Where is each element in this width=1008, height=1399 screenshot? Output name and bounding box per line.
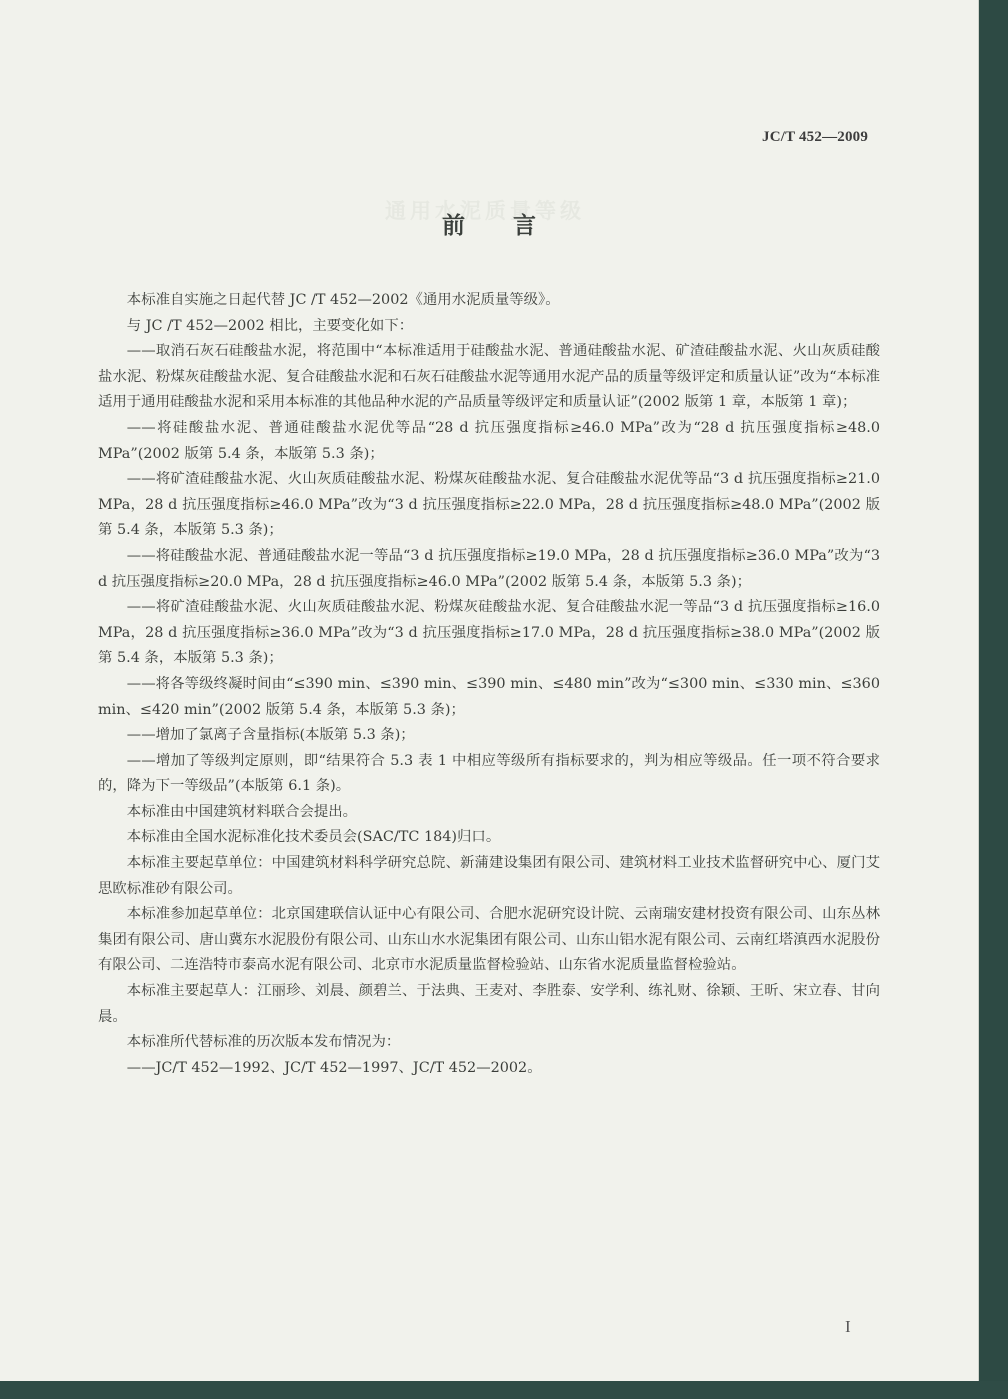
paragraph-participating-units: 本标准参加起草单位：北京国建联信认证中心有限公司、合肥水泥研究设计院、云南瑞安建… (98, 902, 880, 979)
paragraph-changes-intro: 与 JC /T 452—2002 相比，主要变化如下： (98, 314, 880, 340)
page-number: I (845, 1317, 851, 1337)
change-item: ——增加了等级判定原则，即“结果符合 5.3 表 1 中相应等级所有指标要求的，… (98, 749, 880, 800)
paragraph-committee: 本标准由全国水泥标准化技术委员会(SAC/TC 184)归口。 (98, 825, 880, 851)
change-item: ——增加了氯离子含量指标(本版第 5.3 条)； (98, 723, 880, 749)
scan-background-right (979, 0, 1008, 1399)
paragraph-main-drafters-units: 本标准主要起草单位：中国建筑材料科学研究总院、新蒲建设集团有限公司、建筑材料工业… (98, 851, 880, 902)
change-item: ——将各等级终凝时间由“≤390 min、≤390 min、≤390 min、≤… (98, 672, 880, 723)
scan-background-bottom (0, 1381, 1008, 1399)
change-item: ——将硅酸盐水泥、普通硅酸盐水泥优等品“28 d 抗压强度指标≥46.0 MPa… (98, 416, 880, 467)
standard-code: JC/T 452—2009 (762, 129, 868, 146)
history-item: ——JC/T 452—1992、JC/T 452—1997、JC/T 452—2… (98, 1056, 880, 1082)
paragraph-main-drafters: 本标准主要起草人：江丽珍、刘晨、颜碧兰、于法典、王麦对、李胜泰、安学利、练礼财、… (98, 979, 880, 1030)
paragraph-proposed-by: 本标准由中国建筑材料联合会提出。 (98, 800, 880, 826)
paragraph-history-intro: 本标准所代替标准的历次版本发布情况为： (98, 1030, 880, 1056)
change-item: ——取消石灰石硅酸盐水泥，将范围中“本标准适用于硅酸盐水泥、普通硅酸盐水泥、矿渣… (98, 339, 880, 416)
change-item: ——将硅酸盐水泥、普通硅酸盐水泥一等品“3 d 抗压强度指标≥19.0 MPa，… (98, 544, 880, 595)
page-title: 前言 (442, 207, 584, 240)
foreword-body: 本标准自实施之日起代替 JC /T 452—2002《通用水泥质量等级》。 与 … (98, 288, 880, 1081)
change-item: ——将矿渣硅酸盐水泥、火山灰质硅酸盐水泥、粉煤灰硅酸盐水泥、复合硅酸盐水泥一等品… (98, 595, 880, 672)
change-item: ——将矿渣硅酸盐水泥、火山灰质硅酸盐水泥、粉煤灰硅酸盐水泥、复合硅酸盐水泥优等品… (98, 467, 880, 544)
document-page: JC/T 452—2009 通用水泥质量等级 前言 本标准自实施之日起代替 JC… (0, 0, 979, 1381)
paragraph-replaces: 本标准自实施之日起代替 JC /T 452—2002《通用水泥质量等级》。 (98, 288, 880, 314)
